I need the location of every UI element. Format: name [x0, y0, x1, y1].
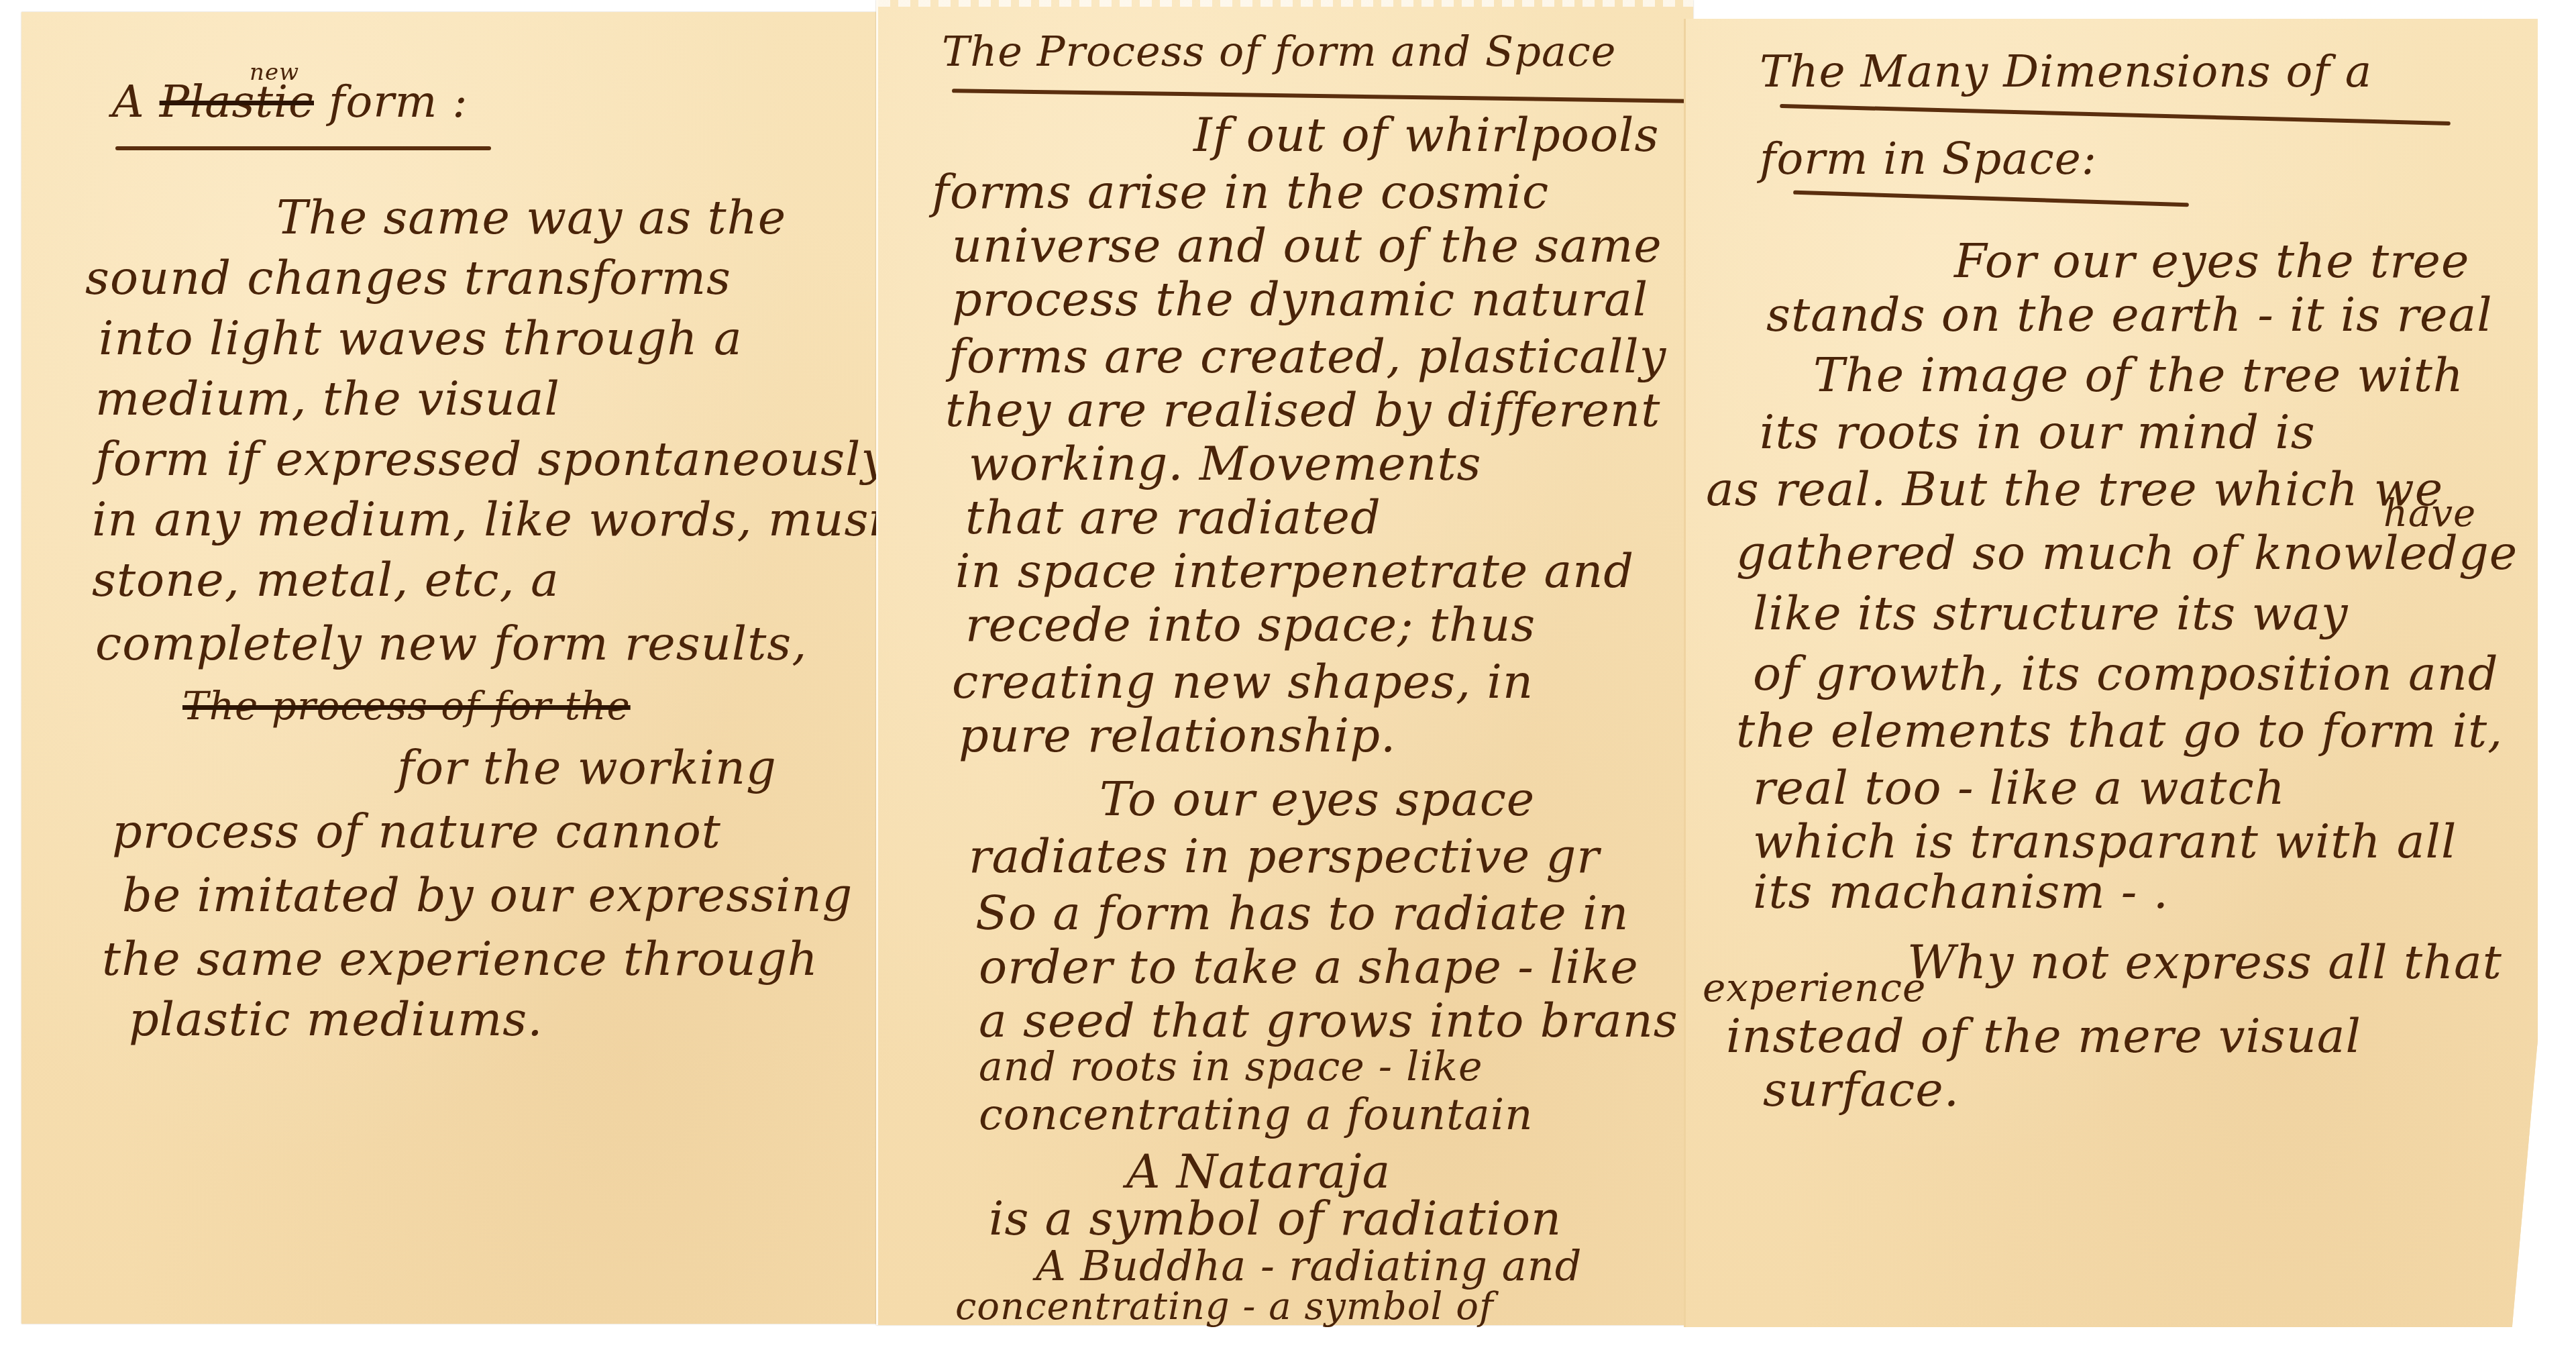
manuscript-page-1: new A Plastic form : The same way as the… — [21, 12, 894, 1324]
manuscript-page-2: The Process of form and Space If out of … — [876, 0, 1693, 1325]
text-line: the same experience through — [102, 931, 818, 986]
text-line: A Buddha - radiating and — [1036, 1241, 1582, 1290]
text-line: experience — [1703, 965, 1926, 1010]
text-line: of growth, its composition and — [1753, 646, 2499, 701]
text-line: For our eyes the tree — [1954, 233, 2469, 289]
text-line: its machanism - . — [1753, 864, 2169, 919]
text-line: radiates in perspective gr — [969, 829, 1600, 884]
text-line: forms arise in the cosmic — [932, 164, 1549, 219]
text-line: they are realised by different — [945, 382, 1660, 437]
title-underline — [952, 89, 1690, 103]
text-line: concentrating - a symbol of — [955, 1285, 1494, 1328]
text-line: real too - like a watch — [1753, 760, 2286, 815]
page-title-line-1: The Many Dimensions of a — [1760, 46, 2372, 97]
text-line: which is transparant with all — [1753, 814, 2457, 869]
title-underline-1 — [1780, 104, 2451, 125]
text-line: order to take a shape - like — [979, 939, 1639, 994]
text-line: for the working — [397, 740, 777, 795]
title-struck-word: Plastic — [160, 76, 314, 127]
text-line: medium, the visual — [95, 371, 560, 426]
text-line: completely new form results, — [95, 616, 808, 671]
text-line: If out of whirlpools — [1193, 107, 1659, 162]
text-line: gathered so much of knowledge — [1736, 525, 2518, 580]
text-line: that are radiated — [965, 490, 1381, 545]
text-line: and roots in space - like — [979, 1043, 1483, 1090]
title-rest: form : — [314, 76, 468, 127]
text-line: in space interpenetrate and — [955, 543, 1634, 598]
text-line: So a form has to radiate in — [975, 886, 1629, 941]
text-line: universe and out of the same — [952, 218, 1662, 273]
text-line: process the dynamic natural — [952, 272, 1648, 327]
text-line: as real. But the tree which we — [1706, 462, 2443, 517]
text-line: form if expressed spontaneously — [95, 431, 888, 486]
text-line: Why not express all that — [1907, 935, 2502, 990]
text-line: the elements that go to form it, — [1736, 703, 2503, 758]
text-line: stands on the earth - it is real — [1766, 287, 2493, 342]
text-line: its roots in our mind is — [1760, 405, 2316, 460]
text-line: concentrating a fountain — [979, 1090, 1533, 1140]
text-line: creating new shapes, in — [952, 654, 1534, 709]
text-line: like its structure its way — [1753, 586, 2349, 641]
text-line: plastic mediums. — [129, 992, 543, 1047]
struck-line: The process of for the — [182, 683, 631, 729]
text-line: a seed that grows into brans — [979, 993, 1678, 1048]
text-line: The same way as the — [276, 190, 786, 245]
text-line: sound changes transforms — [85, 250, 731, 305]
page-title: The Process of form and Space — [942, 27, 1616, 76]
text-line: stone, metal, etc, a — [92, 552, 559, 607]
text-line: be imitated by our expressing — [122, 868, 853, 923]
title-a: A — [112, 76, 160, 127]
title-underline-2 — [1793, 191, 2189, 207]
text-line: instead of the mere visual — [1726, 1008, 2361, 1063]
manuscript-page-3: The Many Dimensions of a form in Space: … — [1684, 19, 2538, 1327]
text-line: recede into space; thus — [965, 597, 1536, 652]
text-line: To our eyes space — [1099, 772, 1535, 827]
torn-edge — [878, 0, 1693, 7]
text-line: forms are created, plastically — [949, 329, 1666, 384]
text-line: The image of the tree with — [1813, 348, 2464, 403]
page-title: A Plastic form : — [112, 76, 468, 127]
text-line: pure relationship. — [959, 708, 1396, 763]
text-line: working. Movements — [969, 436, 1481, 491]
title-underline — [115, 146, 491, 150]
text-line: into light waves through a — [99, 311, 743, 366]
text-line: process of nature cannot — [112, 804, 721, 859]
page-title-line-2: form in Space: — [1760, 133, 2097, 185]
text-line: is a symbol of radiation — [989, 1191, 1562, 1246]
text-line: surface. — [1763, 1062, 1960, 1117]
